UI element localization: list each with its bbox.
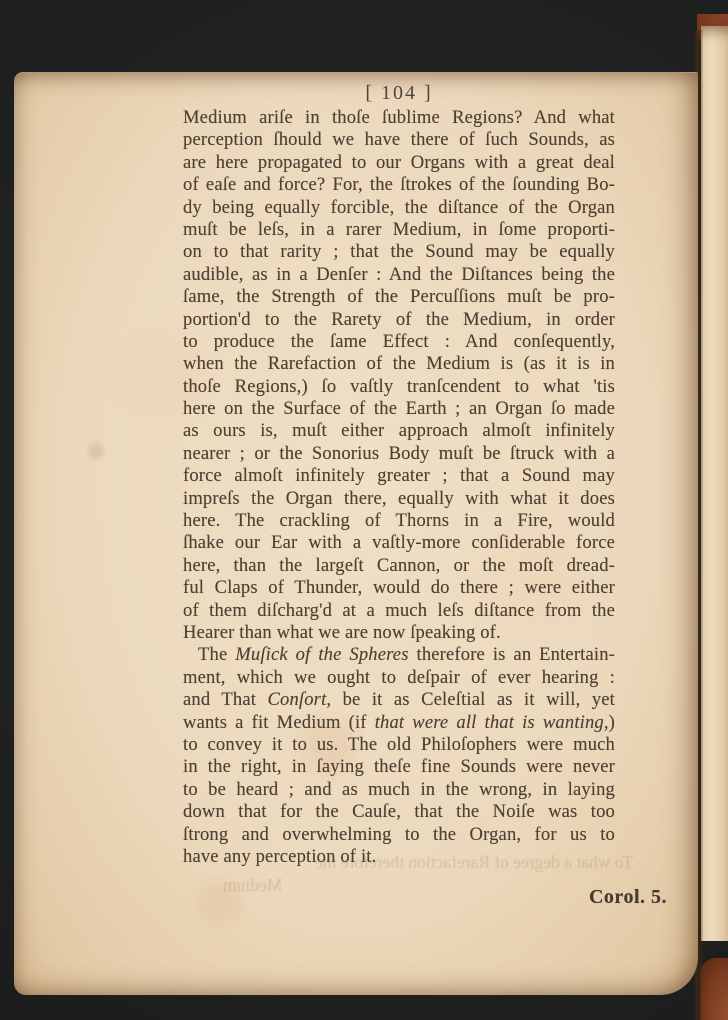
page-number: [ 104 ] [183,81,615,105]
text-line: are here propagated to our Organs with a… [183,152,615,174]
text-segment: muſt be leſs, in a rarer Medium, in ſome… [183,219,615,240]
text-segment: force almoſt infinitely greater ; that a… [183,465,615,486]
text-segment: ,) [604,712,615,733]
italic-phrase: Muſick of the Spheres [235,644,408,665]
facing-page-edge [701,26,728,941]
text-segment: have any perception of it. [183,846,376,867]
text-line: down that for the Cauſe, that the Noiſe … [183,801,615,823]
text-line: here. The crackling of Thorns in a Fire,… [183,510,615,532]
text-segment: as ours is, muſt either approach almoſt … [183,420,615,441]
text-line: impreſs the Organ there, equally with wh… [183,488,615,510]
text-line: of them diſcharg'd at a much leſs diſtan… [183,600,615,622]
photo-background: To what a degree of Rarefaction therefor… [0,0,728,1020]
corollary-catchword: Corol. 5. [183,886,667,909]
text-segment: to be heard ; and as much in the wrong, … [183,779,615,800]
text-line: thoſe Regions,) ſo vaſtly tranſcendent t… [183,376,615,398]
text-line: wants a fit Medium (if that were all tha… [183,712,615,734]
text-line: as ours is, muſt either approach almoſt … [183,420,615,442]
text-segment: therefore is an Entertain- [409,644,615,665]
book-spine-edge-bottom [700,958,728,1020]
text-line: audible, as in a Denſer : And the Diſtan… [183,264,615,286]
text-line: on to that rarity ; that the Sound may b… [183,241,615,263]
text-segment: Medium ariſe in thoſe ſublime Regions? A… [183,107,615,128]
text-line: force almoſt infinitely greater ; that a… [183,465,615,487]
text-line: and That Conſort, be it as Celeſtial as … [183,689,615,711]
text-line: ſtrong and overwhelming to the Organ, fo… [183,824,615,846]
text-line: in the right, in ſaying theſe fine Sound… [183,756,615,778]
text-segment: nearer ; or the Sonorius Body muſt be ſt… [183,443,615,464]
text-segment: , be it as Celeſtial as it will, yet [326,689,615,710]
text-segment: ſhake our Ear with a vaſtly-more conſide… [183,532,615,553]
text-line: ful Claps of Thunder, would do there ; w… [183,577,615,599]
text-segment: perception ſhould we have there of ſuch … [183,129,615,150]
text-segment: to convey it to us. The old Philoſophers… [183,734,615,755]
text-segment: portion'd to the Rarety of the Medium, i… [183,309,615,330]
text-line: muſt be leſs, in a rarer Medium, in ſome… [183,219,615,241]
text-segment: here, than the largeſt Cannon, or the mo… [183,555,615,576]
text-line: Hearer than what we are now ſpeaking of. [183,622,615,644]
text-line: ſhake our Ear with a vaſtly-more conſide… [183,532,615,554]
text-line: to produce the ſame Effect : And conſequ… [183,331,615,353]
book-page: To what a degree of Rarefaction therefor… [14,72,698,995]
text-line: have any perception of it. [183,846,615,868]
text-line: ment, which we ought to deſpair of ever … [183,667,615,689]
text-segment: ment, which we ought to deſpair of ever … [183,667,615,688]
italic-phrase: Conſort [267,689,326,710]
text-line: to be heard ; and as much in the wrong, … [183,779,615,801]
text-line: portion'd to the Rarety of the Medium, i… [183,309,615,331]
text-line: of eaſe and force? For, the ſtrokes of t… [183,174,615,196]
text-segment: dy being equally forcible, the diſtance … [183,197,615,218]
text-segment: Hearer than what we are now ſpeaking of. [183,622,501,643]
text-segment: when the Rarefaction of the Medium is (a… [183,353,615,374]
text-segment: ful Claps of Thunder, would do there ; w… [183,577,615,598]
text-segment: wants a fit Medium (if [183,712,375,733]
text-line: ſame, the Strength of the Percuſſions mu… [183,286,615,308]
text-segment: here. The crackling of Thorns in a Fire,… [183,510,615,531]
text-line: Medium ariſe in thoſe ſublime Regions? A… [183,107,615,129]
text-segment: The [198,644,235,665]
text-segment: of them diſcharg'd at a much leſs diſtan… [183,600,615,621]
text-line: when the Rarefaction of the Medium is (a… [183,353,615,375]
text-segment: of eaſe and force? For, the ſtrokes of t… [183,174,615,195]
text-line: here on the Surface of the Earth ; an Or… [183,398,615,420]
text-segment: to produce the ſame Effect : And conſequ… [183,331,615,352]
text-segment: ſame, the Strength of the Percuſſions mu… [183,286,615,307]
text-segment: here on the Surface of the Earth ; an Or… [183,398,615,419]
text-segment: down that for the Cauſe, that the Noiſe … [183,801,615,822]
text-segment: thoſe Regions,) ſo vaſtly tranſcendent t… [183,376,615,397]
text-segment: and That [183,689,267,710]
text-segment: ſtrong and overwhelming to the Organ, fo… [183,824,615,845]
text-line: dy being equally forcible, the diſtance … [183,197,615,219]
text-segment: on to that rarity ; that the Sound may b… [183,241,615,262]
text-line: perception ſhould we have there of ſuch … [183,129,615,151]
text-column: [ 104 ] Medium ariſe in thoſe ſublime Re… [183,81,615,909]
text-line: to convey it to us. The old Philoſophers… [183,734,615,756]
text-segment: are here propagated to our Organs with a… [183,152,615,173]
text-segment: in the right, in ſaying theſe fine Sound… [183,756,615,777]
italic-phrase: that were all that is wanting [375,712,604,733]
text-line: here, than the largeſt Cannon, or the mo… [183,555,615,577]
text-segment: audible, as in a Denſer : And the Diſtan… [183,264,615,285]
body-text: Medium ariſe in thoſe ſublime Regions? A… [183,107,615,868]
text-segment: impreſs the Organ there, equally with wh… [183,488,615,509]
text-line: The Muſick of the Spheres therefore is a… [183,644,615,666]
text-line: nearer ; or the Sonorius Body muſt be ſt… [183,443,615,465]
